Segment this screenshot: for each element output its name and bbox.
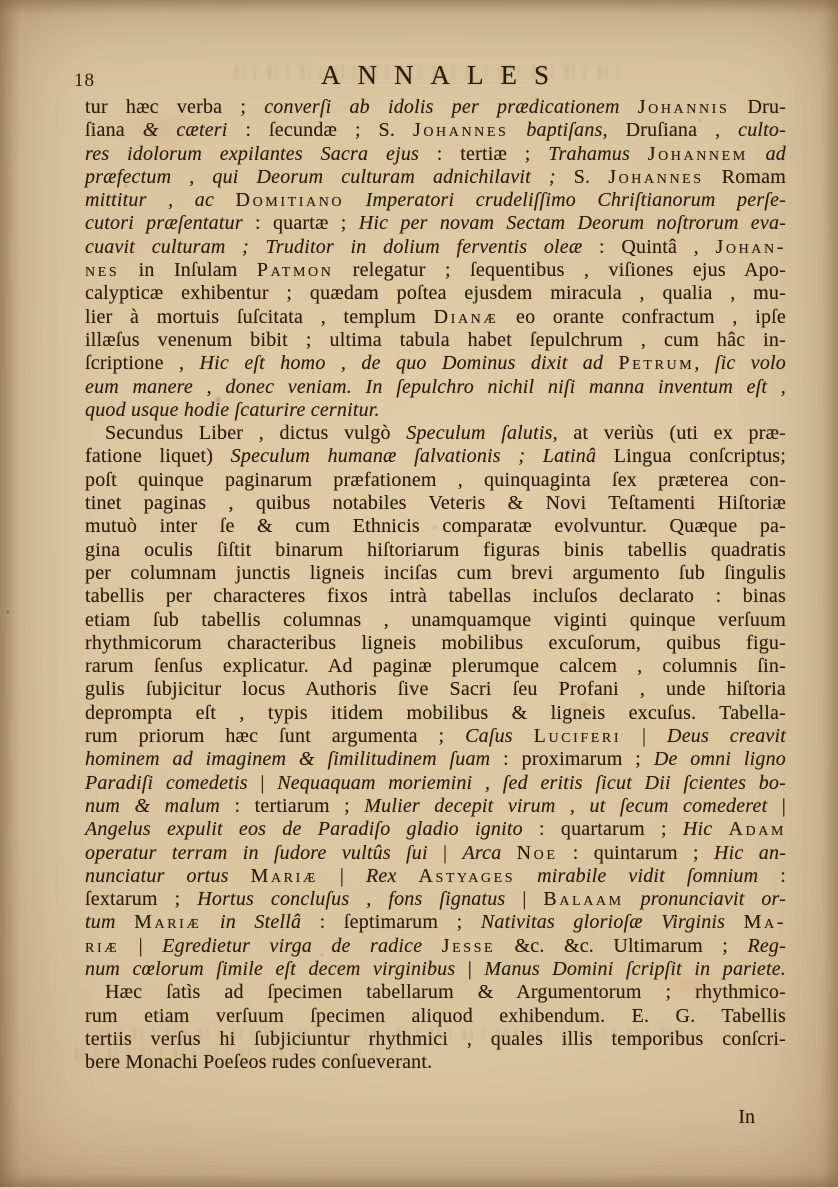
text-segment: nunciatur ortus [85, 865, 251, 887]
text-segment: Ma- [744, 911, 786, 933]
text-segment: quod usque hodie ſcaturire cernitur. [85, 399, 380, 421]
text-segment: | [621, 725, 667, 747]
text-segment: Speculum ſalutis [406, 422, 552, 444]
text-segment: Hic per novam Sectam Deorum noſtrorum ev… [359, 212, 786, 234]
text-segment: mirabile vidit ſomnium [515, 865, 758, 887]
text-segment: Hæc ſatìs ad ſpecimen tabellarum & Argum… [105, 981, 786, 1003]
text-segment: : quartarum ; [523, 818, 683, 840]
text-segment: & cæteri [143, 119, 228, 141]
text-segment: ſcriptione , [85, 352, 200, 374]
text-segment: gulis ſubjicitur locus Authoris ſive Sac… [85, 678, 786, 700]
text-segment: Angelus expulit eos de Paradiſo gladio i… [85, 818, 523, 840]
text-line: num cœlorum ſimile eſt decem virginibus … [85, 958, 786, 981]
text-segment: Hic eſt homo , de quo Dominus dixit ad [200, 352, 619, 374]
text-segment: Arca [462, 842, 516, 864]
text-line: calypticæ exhibentur ; quædam poſtea eju… [85, 282, 786, 305]
text-line: rum etiam verſuum ſpecimen aliquod exhib… [85, 1005, 786, 1028]
text-segment: Luciferi [534, 725, 621, 747]
text-line: poſt quinque paginarum præfationem , qui… [85, 469, 786, 492]
text-segment: calypticæ exhibentur ; quædam poſtea eju… [85, 282, 786, 304]
text-segment: Jesse [442, 935, 495, 957]
text-segment: Johannes [608, 166, 703, 188]
text-segment: Secundus Liber , dictus vulgò [105, 422, 406, 444]
text-segment: Nequaquam moriemini , ſed eritis ſicut D… [277, 772, 786, 794]
text-segment: converſi ab idolis per prædicationem [264, 96, 638, 118]
text-segment: rarum ſenſus explicatur. Ad paginæ pleru… [85, 655, 786, 677]
text-segment: illæſus venenum bibit ; ultima tabula ha… [85, 329, 786, 351]
text-segment: riæ [85, 935, 119, 957]
text-segment: | [767, 795, 786, 817]
text-segment: Reg- [747, 935, 786, 957]
text-segment: , Druſiana , [603, 119, 739, 141]
text-segment: fatione liquet) [85, 445, 231, 467]
text-segment: tum [85, 911, 134, 933]
text-line: ſextarum ; Hortus concluſus , fons ſigna… [85, 888, 786, 911]
text-segment: , ſic volo [694, 352, 786, 374]
text-segment: Paradiſi comedetis [85, 772, 248, 794]
text-line: fatione liquet) Speculum humanæ ſalvatio… [85, 445, 786, 468]
text-segment: Rex [366, 865, 419, 887]
text-line: tinet paginas , quibus notabiles Veteris… [85, 492, 786, 515]
text-line: nunciatur ortus Mariæ | Rex Astyages mir… [85, 865, 786, 888]
text-segment: Mulier decepit virum , ut ſecum comedere… [364, 795, 767, 817]
text-segment: : quartæ ; [243, 212, 359, 234]
text-segment: eo orante confractum , ipſe [498, 306, 786, 328]
text-segment: : Quintâ , [582, 236, 715, 258]
text-segment: Speculum humanæ ſalvationis ; Latinâ [231, 445, 614, 467]
text-segment: Adam [728, 818, 786, 840]
text-segment: bere Monachi Poeſeos rudes conſueverant. [85, 1051, 432, 1073]
text-segment: rum priorum hæc ſunt argumenta ; [85, 725, 465, 747]
text-line: eum manere , donec veniam. In ſepulchro … [85, 376, 786, 399]
text-line: ſcriptione , Hic eſt homo , de quo Domin… [85, 352, 786, 375]
text-line: num & malum : tertiarum ; Mulier decepit… [85, 795, 786, 818]
text-line: illæſus venenum bibit ; ultima tabula ha… [85, 329, 786, 352]
text-segment: rhythmicorum characteribus ligneis mobil… [85, 632, 786, 654]
text-segment: S. [574, 166, 609, 188]
text-segment: Caſus [465, 725, 534, 747]
text-segment: res idolorum expilantes Sacra ejus [85, 143, 419, 165]
text-segment: nes [85, 259, 119, 281]
text-segment: | [318, 865, 366, 887]
text-line: rum priorum hæc ſunt argumenta ; Caſus L… [85, 725, 786, 748]
text-segment: Johannem [648, 143, 748, 165]
text-segment: Patmon [257, 259, 334, 281]
text-line: bere Monachi Poeſeos rudes conſueverant. [85, 1051, 786, 1074]
text-line: tur hæc verba ; converſi ab idolis per p… [85, 96, 786, 119]
text-segment: tabellis per characteres fixos intrà tab… [85, 585, 786, 607]
text-segment: Balaam [543, 888, 623, 910]
text-segment: relegatur ; ſequentibus , viſiones ejus … [333, 259, 786, 281]
text-line: Hæc ſatìs ad ſpecimen tabellarum & Argum… [85, 981, 786, 1004]
text-segment: : quintarum ; [558, 842, 714, 864]
text-line: operatur terram in ſudore vultûs ſui | A… [85, 842, 786, 865]
text-line: deprompta eſt , typis itidem mobilibus &… [85, 702, 786, 725]
text-segment: Petrum [619, 352, 695, 374]
text-line: ſiana & cæteri : ſecundæ ; S. Johannes b… [85, 119, 786, 142]
text-segment: Deus creavit [667, 725, 786, 747]
text-segment: operatur terram in ſudore vultûs ſui [85, 842, 428, 864]
text-line: præfectum , qui Deorum culturam adnichil… [85, 166, 786, 189]
text-segment: | [428, 842, 463, 864]
text-segment: cuavit culturam ; Truditor in dolium fer… [85, 236, 582, 258]
text-segment [508, 119, 526, 141]
text-segment: eum manere , donec veniam. In ſepulchro … [85, 376, 786, 398]
text-line: mittitur , ac Domitiano Imperatori crude… [85, 189, 786, 212]
text-segment: Johan- [716, 236, 787, 258]
text-segment: Johannis [638, 96, 730, 118]
text-segment: Dianæ [434, 306, 499, 328]
text-segment: : tertiæ ; [419, 143, 548, 165]
text-line: Secundus Liber , dictus vulgò Speculum ſ… [85, 422, 786, 445]
scanned-book-page: { "page": { "number": "18", "header": "A… [0, 0, 838, 1187]
text-line: cutori præſentatur : quartæ ; Hic per no… [85, 212, 786, 235]
text-segment: Egredietur virga de radice [162, 935, 441, 957]
text-segment: | [505, 888, 543, 910]
text-line: etiam ſub tabellis columnas , unamquamqu… [85, 609, 786, 632]
text-line: gulis ſubjicitur locus Authoris ſive Sac… [85, 678, 786, 701]
text-line: Angelus expulit eos de Paradiſo gladio i… [85, 818, 786, 841]
text-segment: in Stellâ [201, 911, 301, 933]
text-segment: cutori præſentatur [85, 212, 243, 234]
text-line: quod usque hodie ſcaturire cernitur. [85, 399, 786, 422]
text-segment: per columnam junctis ligneis inciſas cum… [85, 562, 786, 584]
text-segment: : ſecundæ ; S. [228, 119, 413, 141]
text-segment: præfectum , qui Deorum culturam adnichil… [85, 166, 574, 188]
text-segment: etiam ſub tabellis columnas , unamquamqu… [85, 609, 786, 631]
text-segment: tur hæc verba ; [85, 96, 264, 118]
text-segment: ſiana [85, 119, 143, 141]
text-segment: Imperatori crudeliſſimo Chriſtianorum pe… [344, 189, 786, 211]
text-line: per columnam junctis ligneis inciſas cum… [85, 562, 786, 585]
text-segment: deprompta eſt , typis itidem mobilibus &… [85, 702, 786, 724]
text-segment: culto- [738, 119, 786, 141]
text-segment: Mariæ [134, 911, 201, 933]
text-segment: : ſeptimarum ; [301, 911, 481, 933]
text-line: tertiis verſus hi ſubjiciuntur rhythmici… [85, 1028, 786, 1051]
text-line: rhythmicorum characteribus ligneis mobil… [85, 632, 786, 655]
text-segment: Dru- [729, 96, 786, 118]
text-line: lier à mortuis ſuſcitata , templum Dianæ… [85, 306, 786, 329]
text-line: gina oculis ſiſtit binarum hiſtoriarum f… [85, 539, 786, 562]
text-line: cuavit culturam ; Truditor in dolium fer… [85, 236, 786, 259]
body-text: tur hæc verba ; converſi ab idolis per p… [85, 96, 786, 1074]
text-segment: ſextarum ; [85, 888, 197, 910]
text-segment: poſt quinque paginarum præfationem , qui… [85, 469, 786, 491]
text-line: rarum ſenſus explicatur. Ad paginæ pleru… [85, 655, 786, 678]
text-segment: Nativitas glorioſæ Virginis [481, 911, 744, 933]
text-segment: Domitiano [236, 189, 345, 211]
text-segment: Hortus concluſus , fons ſignatus [197, 888, 505, 910]
text-segment: : tertiarum ; [220, 795, 364, 817]
text-segment: lier à mortuis ſuſcitata , templum [85, 306, 434, 328]
text-segment: Hic [683, 818, 729, 840]
text-line: nes in Inſulam Patmon relegatur ; ſequen… [85, 259, 786, 282]
text-segment: : [758, 865, 786, 887]
text-line: res idolorum expilantes Sacra ejus : ter… [85, 143, 786, 166]
text-segment: pronunciavit or- [624, 888, 786, 910]
text-segment: tinet paginas , quibus notabiles Veteris… [85, 492, 786, 514]
text-line: mutuò inter ſe & cum Ethnicis comparatæ … [85, 515, 786, 538]
text-segment: Manus Domini ſcripſit in pariete. [484, 958, 786, 980]
text-line: riæ | Egredietur virga de radice Jesse &… [85, 935, 786, 958]
text-segment: Noe [517, 842, 558, 864]
text-segment: Astyages [418, 865, 515, 887]
text-segment: Lingua conſcriptus; [614, 445, 786, 467]
text-segment: De omni ligno [654, 748, 786, 770]
text-segment: rum etiam verſuum ſpecimen aliquod exhib… [85, 1005, 786, 1027]
text-segment: Romam [704, 166, 786, 188]
text-segment: hominem ad imaginem & ſimilitudinem ſuam [85, 748, 490, 770]
text-segment: ad [748, 143, 786, 165]
text-segment: Hic an- [714, 842, 786, 864]
text-segment: mutuò inter ſe & cum Ethnicis comparatæ … [85, 515, 786, 537]
text-line: tum Mariæ in Stellâ : ſeptimarum ; Nativ… [85, 911, 786, 934]
text-segment: Trahamus [548, 143, 647, 165]
running-header-title: ANNALES [85, 60, 785, 91]
text-segment: Johannes [413, 119, 508, 141]
text-line: Paradiſi comedetis | Nequaquam moriemini… [85, 772, 786, 795]
text-segment: mittitur , ac [85, 189, 236, 211]
text-segment: num & malum [85, 795, 220, 817]
text-segment: | [248, 772, 278, 794]
text-segment: gina oculis ſiſtit binarum hiſtoriarum f… [85, 539, 786, 561]
text-segment: : proximarum ; [490, 748, 654, 770]
text-line: hominem ad imaginem & ſimilitudinem ſuam… [85, 748, 786, 771]
text-segment: tertiis verſus hi ſubjiciuntur rhythmici… [85, 1028, 786, 1050]
text-segment: | [455, 958, 484, 980]
text-segment: num cœlorum ſimile eſt decem virginibus [85, 958, 455, 980]
text-line: tabellis per characteres fixos intrà tab… [85, 585, 786, 608]
catchword: In [85, 1106, 785, 1129]
text-segment: &c. &c. Ultimarum ; [495, 935, 747, 957]
text-segment: | [119, 935, 162, 957]
text-segment: baptiſans [526, 119, 602, 141]
text-segment: Mariæ [251, 865, 318, 887]
text-segment: , at veriùs (uti ex præ- [553, 422, 786, 444]
text-segment: in Inſulam [119, 259, 257, 281]
